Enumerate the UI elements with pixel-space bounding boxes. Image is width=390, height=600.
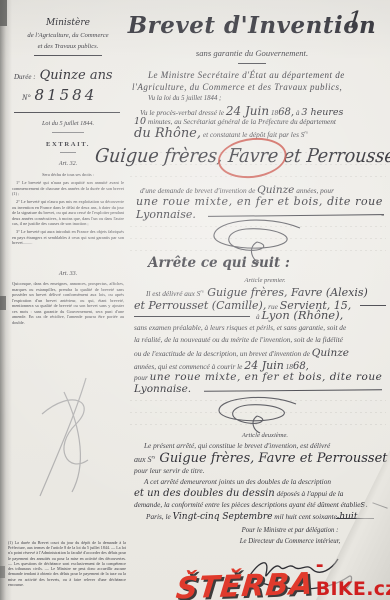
handwritten-dessin: dessin [243, 488, 275, 499]
patent-number-label: N° [22, 93, 31, 102]
minister-line-1: Le Ministre Secrétaire d'État au départe… [148, 70, 345, 80]
article-1-title: Article premier. [180, 277, 350, 284]
scan-edge-mark [0, 296, 6, 310]
article-2-line-1: Le présent arrêté, qui constitue le brev… [144, 441, 330, 450]
header-flourish [238, 63, 266, 64]
fill-rule [360, 305, 386, 306]
printed-fragment: mil huit cent soixante- [272, 512, 339, 521]
article-32-intro: Sera déchu de tous ses droits : [12, 172, 124, 178]
patentee-name-favre-text: Favre [227, 145, 279, 167]
printed-fragment: années, qui est commencé à courir le [134, 362, 244, 371]
printed-fragment: minutes, au Secrétariat général de la Pr… [146, 117, 336, 126]
fill-rule [208, 214, 384, 217]
article-1-line-1: Il est délivré aux Srs Guigue frères, Fa… [146, 286, 368, 299]
footnote-text: (1) La durée du Brevet court du jour du … [8, 540, 126, 587]
ministry-name-line1: Ministère [12, 18, 124, 28]
invention-description-line-2: Lyonnaise. [136, 208, 196, 221]
margin-divider [52, 132, 84, 133]
law-reference: Loi du 5 juillet 1844. [12, 120, 124, 127]
printed-fragment: d'une demande de brevet d'invention de [140, 186, 257, 195]
document-title: Brevet d'Invention [122, 12, 382, 39]
printed-fragment: ou de l'exactitude de la description, un… [134, 349, 312, 358]
article-2-line-2: aux Srs Guigue frères, Favre et Perrouss… [134, 451, 388, 466]
article-32-text: Sera déchu de tous ses droits : 1° Le br… [12, 172, 124, 248]
handwritten-department: du Rhône, [134, 126, 201, 141]
duration-value: Quinze ans [40, 68, 113, 83]
printed-fragment: et constatant le dépôt fait par les S [201, 130, 304, 139]
patent-number-value: 81584 [35, 86, 98, 104]
printed-fragment: Paris, le [146, 512, 173, 521]
printed-fragment: Il est délivré aux S [146, 289, 200, 298]
fill-rule [134, 316, 250, 317]
date-line: Paris, le Vingt-cinq Septembre mil huit … [146, 512, 360, 522]
guarantee-line-3: ou de l'exactitude de la description, un… [134, 347, 349, 359]
duration-label: Durée : [14, 73, 36, 81]
handwritten-city: Lyon (Rhône), [261, 308, 343, 322]
guarantee-line-2: la réalité, de la nouveauté ou du mérite… [134, 335, 343, 344]
invention-description-line-1: une roue mixte, en fer et bois, dite rou… [136, 195, 383, 208]
article-32-item2: 2° Le breveté qui n'aura pas mis en expl… [12, 199, 124, 227]
scan-edge-mark [0, 566, 5, 578]
vu-law-line: Vu la loi du 5 juillet 1844 ; [148, 95, 221, 102]
printed-superscript: rs [304, 130, 307, 135]
patentee-name-guigue: Guigue frères, [94, 145, 229, 167]
decree-heading: Arrête ce qui suit : [148, 255, 290, 271]
printed-fragment: pour [134, 373, 150, 382]
article-32-item1: 1° Le breveté qui n'aura pas acquitté so… [12, 180, 124, 197]
duration-row: Durée : Quinze ans [14, 66, 113, 84]
fill-rule [204, 389, 382, 392]
printed-fragment: aux S [134, 455, 152, 464]
guarantee-line-5: pour une roue mixte, en fer et bois, dit… [134, 371, 382, 383]
printed-fragment: années, pour [294, 186, 334, 195]
guarantee-line-6: Lyonnaise. [134, 383, 191, 395]
guarantee-line-1: sans examen préalable, à leurs risques e… [134, 323, 346, 332]
flourish-spiral [208, 396, 308, 434]
patent-number-row: N° 81584 [22, 86, 97, 105]
margin-divider [60, 152, 76, 153]
printed-fragment: demande, la conformité entre les pièces … [134, 500, 360, 509]
patentee-names-line: Guigue frères, Favre et Perrousset [94, 145, 390, 167]
handwritten-names: Guigue frères, Favre (Alexis) [204, 286, 368, 299]
proces-verbal-line-3: du Rhône, et constatant le dépôt fait pa… [134, 126, 308, 141]
printed-fragment: 18 [284, 362, 293, 371]
printed-fragment: déposés à l'appui de la [275, 489, 344, 498]
ministry-name-line2: de l'Agriculture, du Commerce [12, 32, 124, 39]
ministry-name-line3: et des Travaux publics. [12, 43, 124, 50]
handwritten-invention: une roue mixte, en fer et bois, dite rou… [150, 371, 383, 383]
patentee-name-perrousset: et Perrousset [277, 145, 390, 167]
article-33-title: Art. 33. [12, 271, 124, 277]
document-subtitle: sans garantie du Gouvernement. [122, 48, 382, 58]
annex-line-3: demande, la conformité entre les pièces … [134, 500, 368, 510]
margin-divider [34, 55, 102, 56]
article-2-line-3: pour leur servir de titre. [134, 466, 204, 475]
scan-edge-mark [0, 0, 7, 26]
scanned-patent-document: 1 Ministère de l'Agriculture, du Commerc… [0, 0, 390, 600]
annex-line-2: et un des doubles du dessin déposés à l'… [134, 488, 343, 499]
handwritten-day-month: Vingt-cinq Septembre [173, 512, 273, 522]
watermark-suffix: -BIKE.cz [316, 554, 390, 600]
handwritten-fragment: et un des doubles du [134, 488, 243, 499]
watermark: ŠTĚRBA -BIKE.cz [176, 554, 390, 600]
margin-divider [14, 112, 120, 113]
ruled-guide-line [130, 176, 386, 177]
patentee-name-favre: Favre [227, 145, 279, 167]
annex-line-1: A cet arrêté demeureront joints un des d… [144, 477, 331, 486]
minister-line-2: l'Agriculture, du Commerce et des Travau… [132, 82, 342, 92]
article-33-text: Quiconque, dans des enseignes, annonces,… [12, 281, 124, 325]
article-2-title: Article deuxième. [180, 432, 350, 439]
watermark-brand: ŠTĚRBA [174, 569, 315, 600]
handwritten-names: Guigue frères, Favre et Perrousset [155, 451, 387, 466]
article-32-item3: 3° Le breveté qui aura introduit en Fran… [12, 229, 124, 246]
handwritten-names: et Perrousset (Camille), [134, 299, 266, 312]
handwritten-duration: Quinze [312, 347, 349, 359]
pencil-scribble [24, 372, 114, 502]
article-1-line-3: à Lyon (Rhône), [256, 308, 343, 322]
